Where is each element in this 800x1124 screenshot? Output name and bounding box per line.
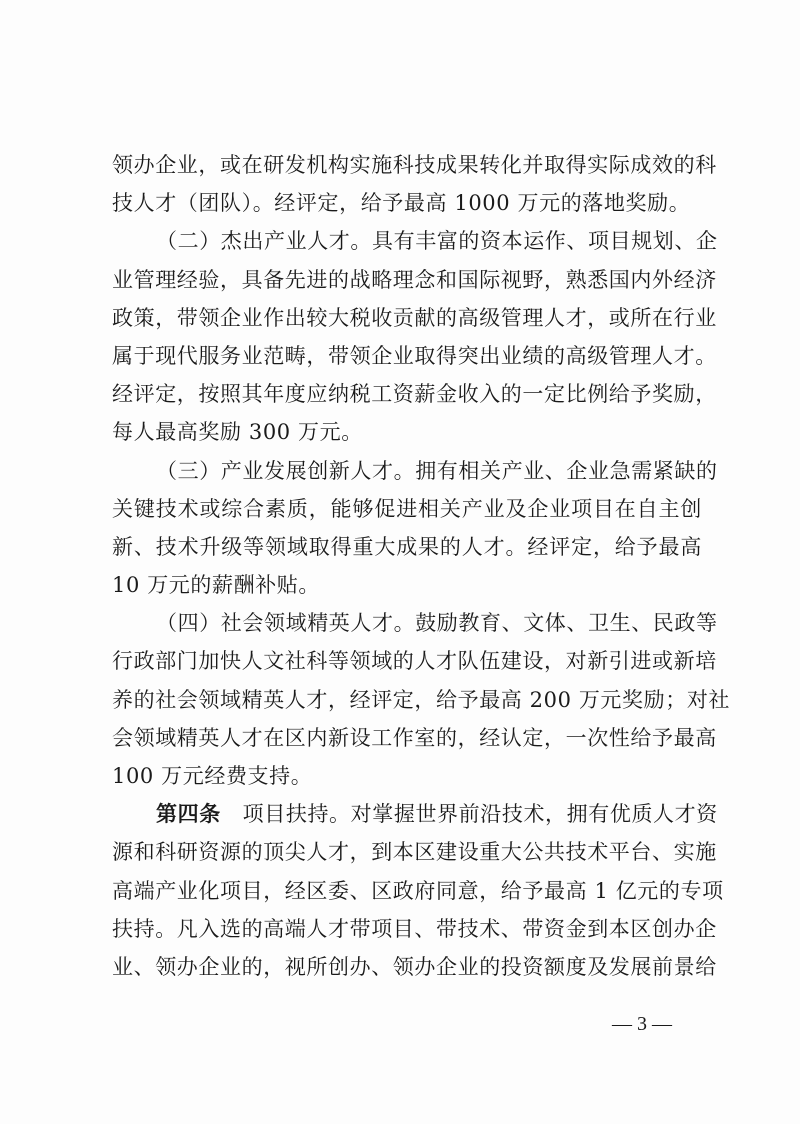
text-line: 会领域精英人才在区内新设工作室的，经认定，一次性给予最高 [112,719,702,757]
text-line: 政策，带领企业作出较大税收贡献的高级管理人才，或所在行业 [112,299,702,337]
article-4-line: 扶持。凡入选的高端人才带项目、带技术、带资金到本区创办企 [112,910,702,948]
text-line: （三）产业发展创新人才。拥有相关产业、企业急需紧缺的 [112,452,702,490]
text-line: 每人最高奖励 300 万元。 [112,413,702,451]
body-text: 领办企业，或在研发机构实施科技成果转化并取得实际成效的科 技人才（团队）。经评定… [112,146,702,986]
article-4-intro: 项目扶持。对掌握世界前沿技术，拥有优质人才资 [243,802,718,826]
article-4-line: 源和科研资源的顶尖人才，到本区建设重大公共技术平台、实施 [112,833,702,871]
text-line: （四）社会领域精英人才。鼓励教育、文体、卫生、民政等 [112,604,702,642]
text-line: 10 万元的薪酬补贴。 [112,566,702,604]
text-line: 新、技术升级等领域取得重大成果的人才。经评定，给予最高 [112,528,702,566]
article-4-first-line: 第四条 项目扶持。对掌握世界前沿技术，拥有优质人才资 [112,795,702,833]
article-heading: 第四条 [156,802,221,826]
text-line: （二）杰出产业人才。具有丰富的资本运作、项目规划、企 [112,222,702,260]
article-4-line: 业、领办企业的，视所创办、领办企业的投资额度及发展前景给 [112,948,702,986]
text-line: 经评定，按照其年度应纳税工资薪金收入的一定比例给予奖励， [112,375,702,413]
article-4-line: 高端产业化项目，经区委、区政府同意，给予最高 1 亿元的专项 [112,872,702,910]
text-line: 领办企业，或在研发机构实施科技成果转化并取得实际成效的科 [112,146,702,184]
page-number: — 3 — [612,1013,672,1036]
text-line: 技人才（团队）。经评定，给予最高 1000 万元的落地奖励。 [112,184,702,222]
text-line: 业管理经验，具备先进的战略理念和国际视野，熟悉国内外经济 [112,261,702,299]
text-line: 养的社会领域精英人才，经评定，给予最高 200 万元奖励；对社 [112,681,702,719]
text-line: 属于现代服务业范畴，带领企业取得突出业绩的高级管理人才。 [112,337,702,375]
document-page: 领办企业，或在研发机构实施科技成果转化并取得实际成效的科 技人才（团队）。经评定… [0,0,800,1124]
text-line: 100 万元经费支持。 [112,757,702,795]
text-line: 行政部门加快人文社科等领域的人才队伍建设，对新引进或新培 [112,642,702,680]
text-line: 关键技术或综合素质，能够促进相关产业及企业项目在自主创 [112,490,702,528]
